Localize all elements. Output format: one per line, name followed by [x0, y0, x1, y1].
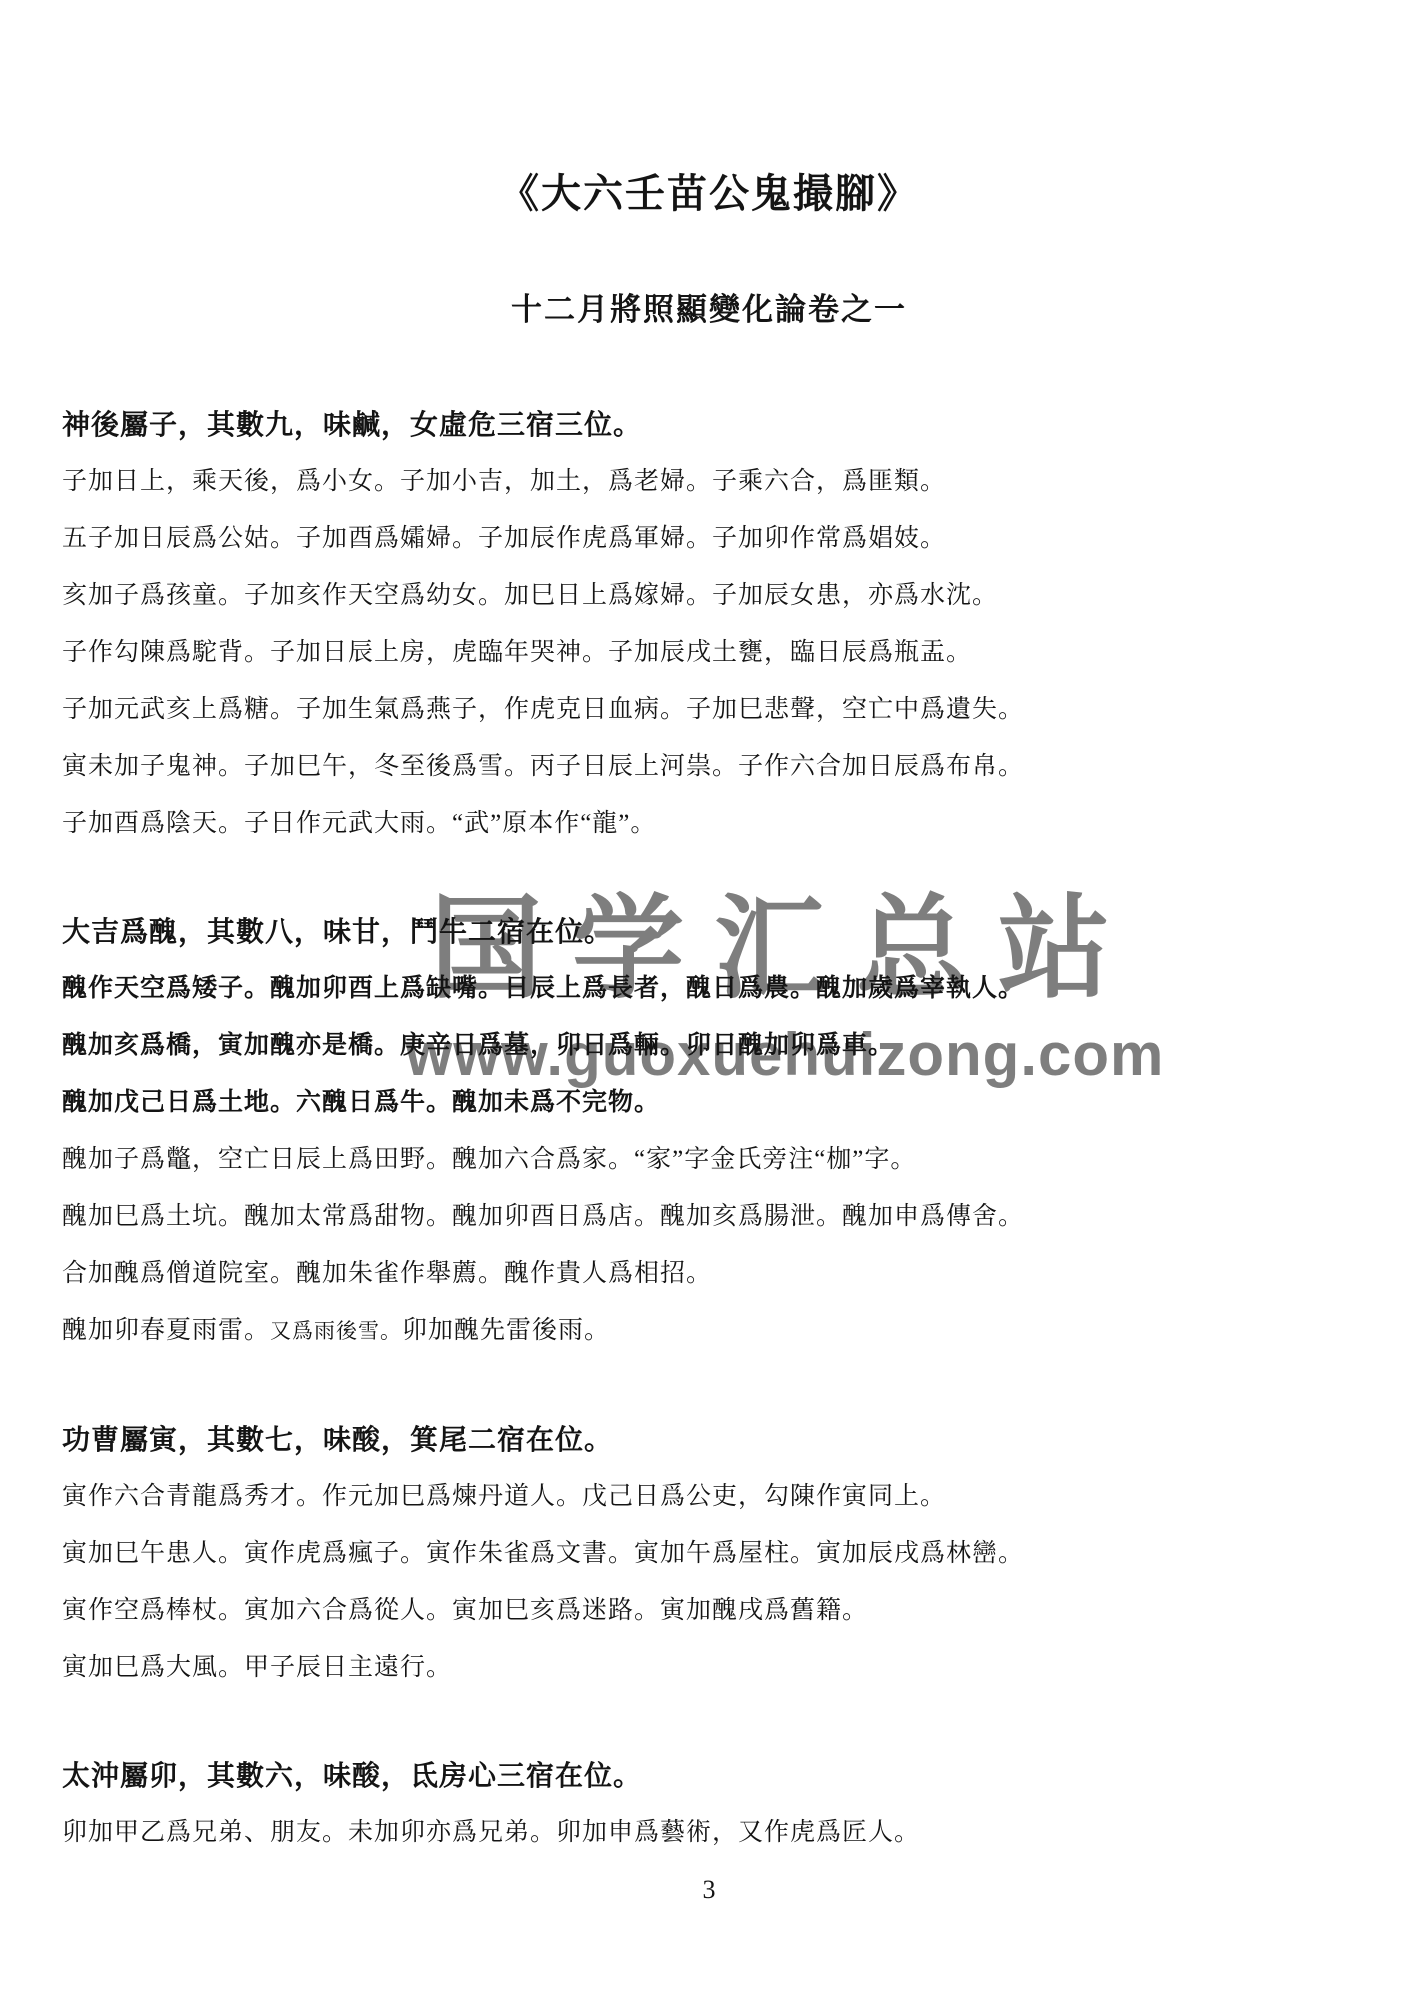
paragraph: 醜作天空爲矮子。醜加卯酉上爲缺嘴。日辰上爲長者，醜日爲農。醜加歲爲宰執人。: [62, 976, 1356, 1001]
paragraph: 合加醜爲僧道院室。醜加朱雀作舉薦。醜作貴人爲相招。: [62, 1261, 1356, 1286]
section-heading: 功曹屬寅，其數七，味酸，箕尾二宿在位。: [62, 1426, 1356, 1454]
paragraph: 子加元武亥上爲糖。子加生氣爲燕子，作虎克日血病。子加巳悲聲，空亡中爲遺失。: [62, 697, 1356, 722]
paragraph: 寅作六合青龍爲秀才。作元加巳爲煉丹道人。戊己日爲公吏，勾陳作寅同上。: [62, 1484, 1356, 1509]
paragraph: 寅加巳午患人。寅作虎爲瘋子。寅作朱雀爲文書。寅加午爲屋柱。寅加辰戌爲林巒。: [62, 1541, 1356, 1566]
paragraph: 五子加日辰爲公姑。子加酉爲孀婦。子加辰作虎爲軍婦。子加卯作常爲娼妓。: [62, 526, 1356, 551]
section-heading: 太沖屬卯，其數六，味酸，氐房心三宿在位。: [62, 1762, 1356, 1790]
paragraph: 寅作空爲棒杖。寅加六合爲從人。寅加巳亥爲迷路。寅加醜戌爲舊籍。: [62, 1598, 1356, 1623]
paragraph: 子加日上，乘天後，爲小女。子加小吉，加土，爲老婦。子乘六合，爲匪類。: [62, 469, 1356, 494]
paragraph-part: 醜加卯春夏雨雷。: [62, 1317, 270, 1344]
document-title: 《大六壬苗公鬼撮腳》: [62, 0, 1356, 214]
paragraph: 醜加子爲鼈，空亡日辰上爲田野。醜加六合爲家。“家”字金氏旁注“枷”字。: [62, 1147, 1356, 1172]
paragraph: 醜加亥爲橋，寅加醜亦是橋。庚辛日爲墓，卯日爲輛。卯日醜加卯爲車。: [62, 1033, 1356, 1058]
document-subtitle: 十二月將照顯變化論卷之一: [62, 294, 1356, 325]
paragraph: 寅未加子鬼神。子加巳午，冬至後爲雪。丙子日辰上河祟。子作六合加日辰爲布帛。: [62, 754, 1356, 779]
section-heading: 大吉爲醜，其數八，味甘，鬥牛二宿在位。: [62, 918, 1356, 946]
paragraph: 醜加卯春夏雨雷。又爲雨後雪。卯加醜先雷後雨。: [62, 1318, 1356, 1344]
section-heading: 神後屬子，其數九，味鹹，女虛危三宿三位。: [62, 411, 1356, 439]
paragraph-part: 卯加醜先雷後雨。: [402, 1317, 610, 1344]
document-page: 国学汇总站 www.guoxuehuizong.com 《大六壬苗公鬼撮腳》 十…: [0, 0, 1418, 1993]
paragraph: 亥加子爲孩童。子加亥作天空爲幼女。加巳日上爲嫁婦。子加辰女患，亦爲水沈。: [62, 583, 1356, 608]
document-content: 《大六壬苗公鬼撮腳》 十二月將照顯變化論卷之一 神後屬子，其數九，味鹹，女虛危三…: [0, 0, 1418, 1903]
paragraph: 卯加甲乙爲兄弟、朋友。未加卯亦爲兄弟。卯加申爲藝術，又作虎爲匠人。: [62, 1820, 1356, 1845]
paragraph: 寅加巳爲大風。甲子辰日主遠行。: [62, 1655, 1356, 1680]
paragraph: 子加酉爲陰天。子日作元武大雨。“武”原本作“龍”。: [62, 811, 1356, 836]
paragraph: 醜加戊己日爲土地。六醜日爲牛。醜加未爲不完物。: [62, 1090, 1356, 1115]
paragraph-part-small: 又爲雨後雪。: [270, 1319, 402, 1343]
page-number: 3: [62, 1877, 1356, 1903]
paragraph: 子作勾陳爲駝背。子加日辰上房，虎臨年哭神。子加辰戌土甕，臨日辰爲瓶盂。: [62, 640, 1356, 665]
paragraph: 醜加巳爲土坑。醜加太常爲甜物。醜加卯酉日爲店。醜加亥爲腸泄。醜加申爲傳舍。: [62, 1204, 1356, 1229]
